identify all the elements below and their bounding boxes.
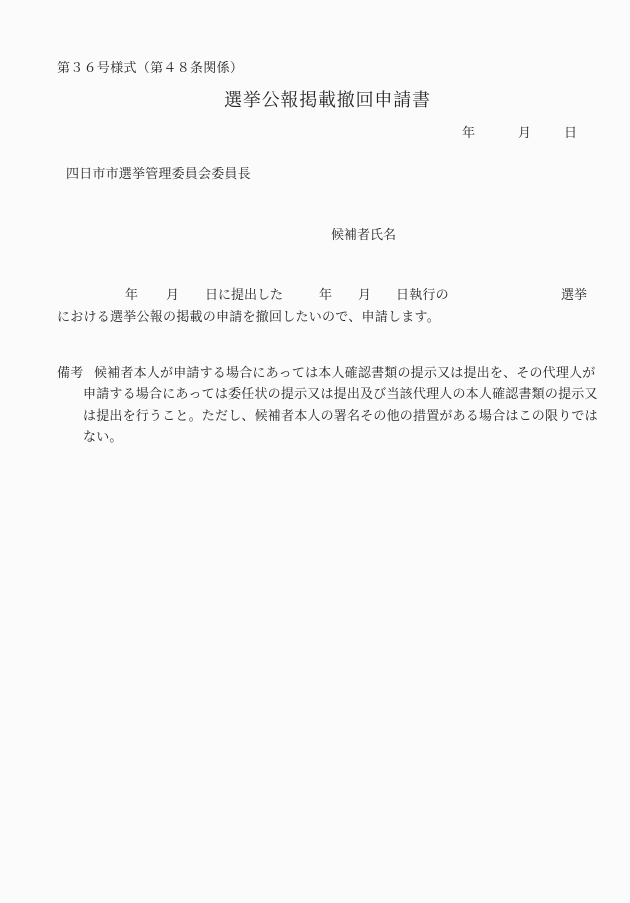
body-year1-label: 年 [125, 289, 138, 302]
date-year-label: 年 [462, 127, 475, 140]
body-month1-label: 月 [166, 289, 179, 302]
body-year2-label: 年 [319, 289, 332, 302]
form-number: 第３６号様式（第４８条関係） [57, 62, 243, 75]
date-day-label: 日 [564, 127, 577, 140]
remarks-label: 備考 [57, 367, 83, 380]
body-month2-label: 月 [358, 289, 371, 302]
addressee-line: 四日市市選挙管理委員会委員長 [66, 168, 251, 181]
remarks-line-4: ない。 [83, 431, 123, 444]
body-election-label: 選挙 [561, 289, 587, 302]
remarks-line-1: 候補者本人が申請する場合にあっては本人確認書類の提示又は提出を、その代理人が [94, 367, 595, 380]
date-month-label: 月 [518, 127, 531, 140]
page-title: 選挙公報掲載撤回申請書 [224, 92, 431, 110]
remarks-line-3: は提出を行うこと。ただし、候補者本人の署名その他の措置がある場合はこの限りでは [83, 410, 598, 423]
candidate-name-label: 候補者氏名 [331, 229, 396, 242]
document-page: 第３６号様式（第４８条関係） 選挙公報掲載撤回申請書 年 月 日 四日市市選挙管… [0, 0, 630, 903]
body-held-on-text: 日執行の [396, 289, 449, 302]
remarks-line-2: 申請する場合にあっては委任状の提示又は提出及び当該代理人の本人確認書類の提示又 [83, 388, 598, 401]
body-line-2: における選挙公報の掲載の申請を撤回したいので、申請します。 [57, 311, 440, 324]
body-submitted-text: 日に提出した [205, 289, 283, 302]
